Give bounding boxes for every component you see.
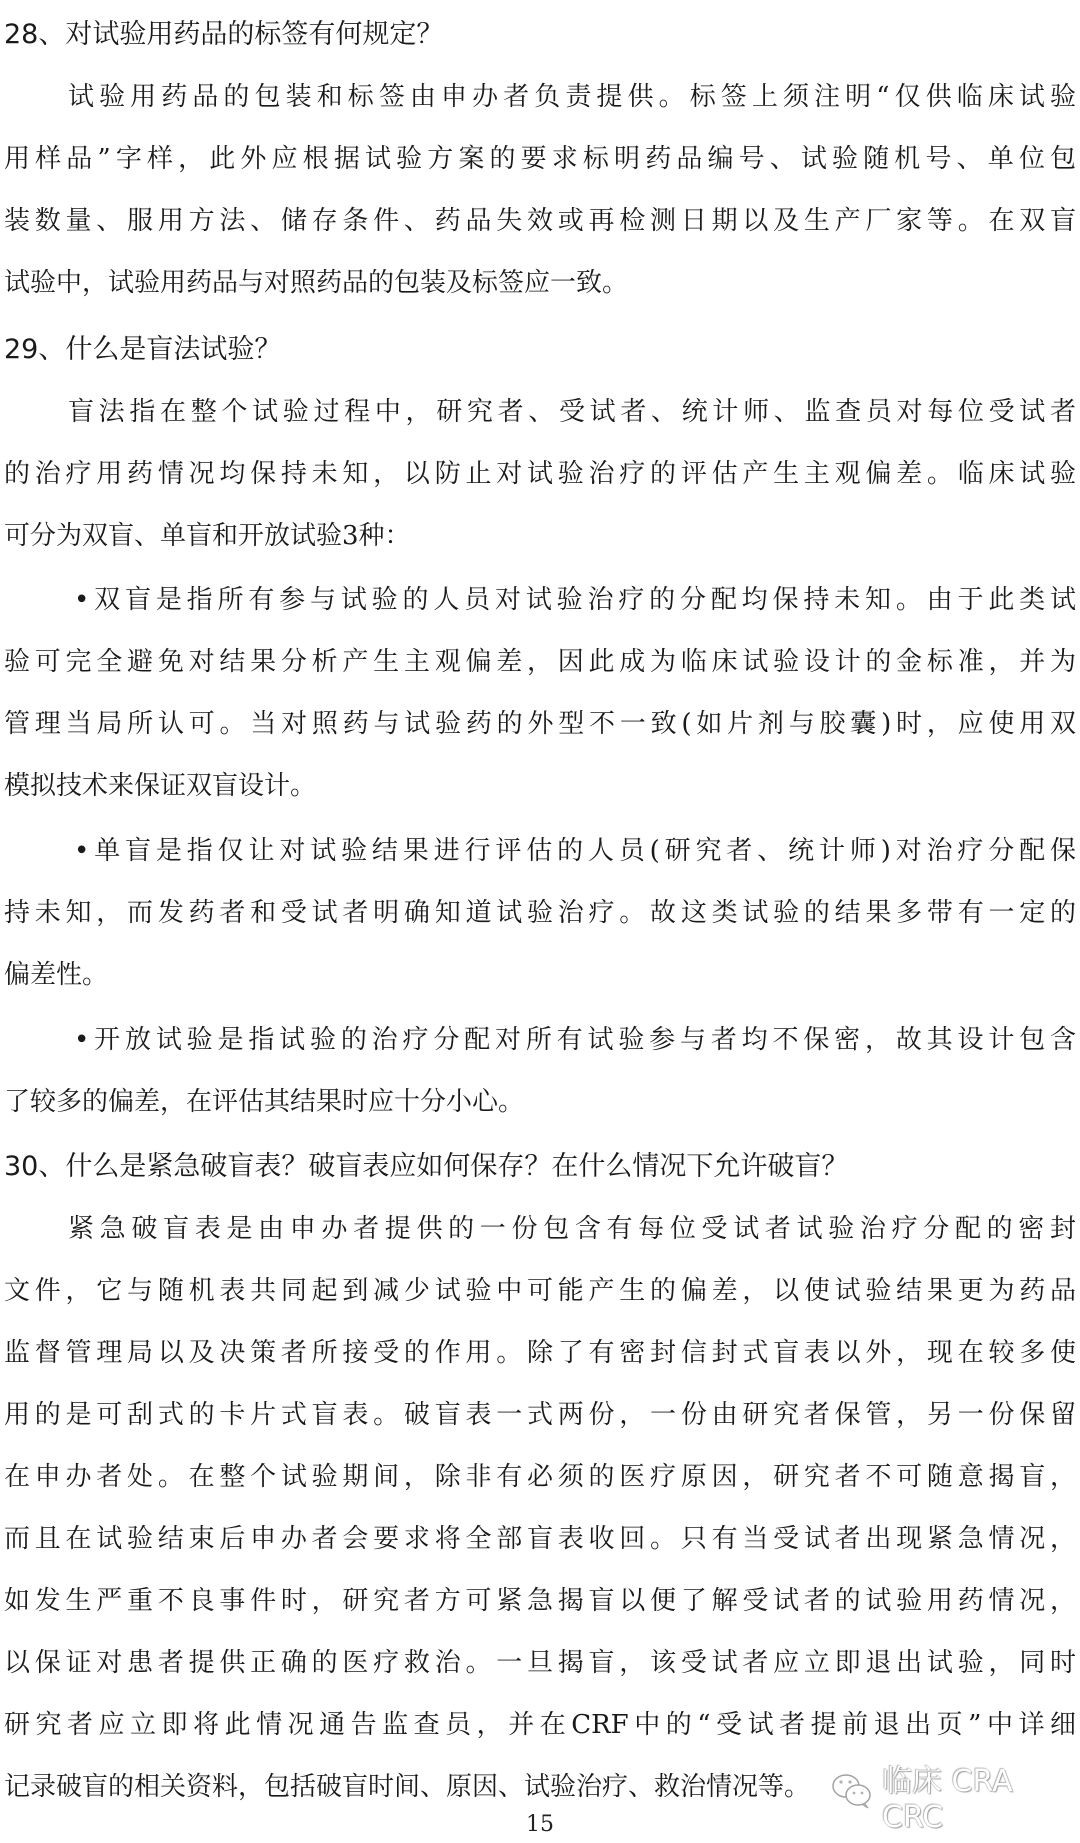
page-number: 15 (0, 1812, 1080, 1838)
section-heading-29: 29、什么是盲法试验？ (4, 333, 1076, 367)
section-heading-28: 28、对试验用药品的标签有何规定？ (4, 18, 1076, 52)
paragraph-line: 的治疗用药情况均保持未知，以防止对试验治疗的评估产生主观偏差。临床试验 (4, 457, 1076, 491)
bullet-line-open-trial: •开放试验是指试验的治疗分配对所有试验参与者均不保密，故其设计包含 (74, 1023, 1076, 1057)
bullet-line: 偏差性。 (4, 958, 1076, 992)
paragraph-line: 紧急破盲表是由申办者提供的一份包含有每位受试者试验治疗分配的密封 (68, 1212, 1076, 1246)
bullet-line: 持未知，而发药者和受试者明确知道试验治疗。故这类试验的结果多带有一定的 (4, 896, 1076, 930)
bullet-line: 模拟技术来保证双盲设计。 (4, 769, 1076, 803)
paragraph-line: 如发生严重不良事件时，研究者方可紧急揭盲以便了解受试者的试验用药情况， (4, 1584, 1076, 1618)
paragraph-line: 监督管理局以及决策者所接受的作用。除了有密封信封式盲表以外，现在较多使 (4, 1336, 1076, 1370)
bullet-line: 验可完全避免对结果分析产生主观偏差，因此成为临床试验设计的金标准，并为 (4, 645, 1076, 679)
paragraph-line: 而且在试验结束后申办者会要求将全部盲表收回。只有当受试者出现紧急情况， (4, 1522, 1076, 1556)
watermark: 临床 CRA CRC (830, 1775, 1080, 1815)
paragraph-line: 用的是可刮式的卡片式盲表。破盲表一式两份，一份由研究者保管，另一份保留 (4, 1398, 1076, 1432)
paragraph-line: 盲法指在整个试验过程中，研究者、受试者、统计师、监查员对每位受试者 (68, 395, 1076, 429)
document-page: 28、对试验用药品的标签有何规定？ 试验用药品的包装和标签由申办者负责提供。标签… (0, 0, 1080, 1843)
section-heading-30: 30、什么是紧急破盲表？破盲表应如何保存？在什么情况下允许破盲？ (4, 1150, 1076, 1184)
bullet-line: 管理当局所认可。当对照药与试验药的外型不一致(如片剂与胶囊)时，应使用双 (4, 707, 1076, 741)
paragraph-line: 在申办者处。在整个试验期间，除非有必须的医疗原因，研究者不可随意揭盲， (4, 1460, 1076, 1494)
paragraph-line: 以保证对患者提供正确的医疗救治。一旦揭盲，该受试者应立即退出试验，同时 (4, 1646, 1076, 1680)
paragraph-line: 文件，它与随机表共同起到减少试验中可能产生的偏差，以使试验结果更为药品 (4, 1274, 1076, 1308)
bullet-line-double-blind: •双盲是指所有参与试验的人员对试验治疗的分配均保持未知。由于此类试 (74, 583, 1076, 617)
paragraph-line: 装数量、服用方法、储存条件、药品失效或再检测日期以及生产厂家等。在双盲 (4, 204, 1076, 238)
paragraph-line: 试验中，试验用药品与对照药品的包装及标签应一致。 (4, 266, 1076, 300)
paragraph-line: 研究者应立即将此情况通告监查员，并在CRF中的“受试者提前退出页”中详细 (4, 1708, 1076, 1742)
bullet-line: 了较多的偏差，在评估其结果时应十分小心。 (4, 1085, 1076, 1119)
paragraph-line: 试验用药品的包装和标签由申办者负责提供。标签上须注明“仅供临床试验 (68, 80, 1076, 114)
paragraph-line: 可分为双盲、单盲和开放试验3种： (4, 519, 1076, 553)
paragraph-line: 用样品”字样，此外应根据试验方案的要求标明药品编号、试验随机号、单位包 (4, 142, 1076, 176)
bullet-line-single-blind: •单盲是指仅让对试验结果进行评估的人员(研究者、统计师)对治疗分配保 (74, 834, 1076, 868)
